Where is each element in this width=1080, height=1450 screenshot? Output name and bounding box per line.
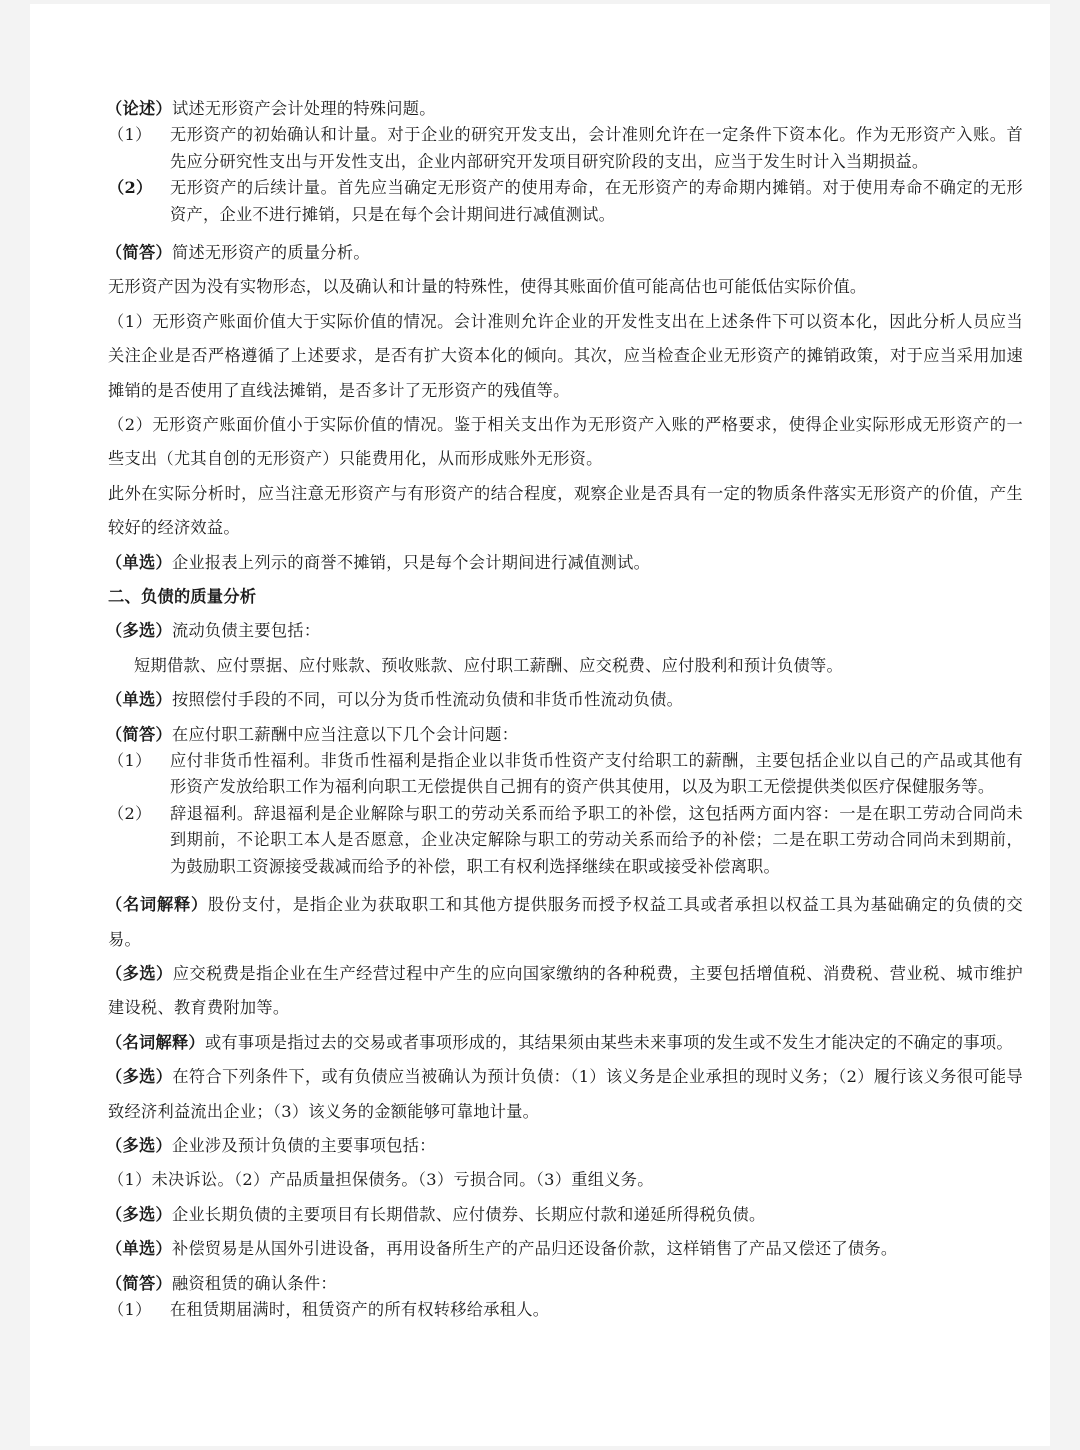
question-short-answer-finance-lease: （简答）融资租赁的确认条件： xyxy=(108,1271,1023,1297)
question-type-tag: （多选） xyxy=(106,1067,172,1086)
question-text: 应交税费是指企业在生产经营过程中产生的应向国家缴纳的各种税费，主要包括增值税、消… xyxy=(108,964,1023,1017)
answer-paragraph: 无形资产因为没有实物形态，以及确认和计量的特殊性，使得其账面价值可能高估也可能低… xyxy=(108,270,1023,304)
list-item: （1） 在租赁期届满时，租赁资产的所有权转移给承租人。 xyxy=(108,1297,1023,1324)
question-multi-choice-provision-recognition: （多选）在符合下列条件下，或有负债应当被确认为预计负债：（1）该义务是企业承担的… xyxy=(108,1060,1023,1129)
list-number: （1） xyxy=(108,748,170,801)
question-type-tag: （简答） xyxy=(106,243,172,262)
answer-paragraph: （2）无形资产账面价值小于实际价值的情况。鉴于相关支出作为无形资产入账的严格要求… xyxy=(108,408,1023,477)
question-term-contingency: （名词解释）或有事项是指过去的交易或者事项形成的，其结果须由某些未来事项的发生或… xyxy=(108,1026,1023,1060)
list-number: （1） xyxy=(108,122,170,175)
answer-paragraph: （1）未决诉讼。（2）产品质量担保债务。（3）亏损合同。（3）重组义务。 xyxy=(108,1163,1023,1197)
question-type-tag: （名词解释） xyxy=(106,1033,205,1052)
list-number: （1） xyxy=(108,1297,170,1324)
numbered-list: （1） 无形资产的初始确认和计量。对于企业的研究开发支出，会计准则允许在一定条件… xyxy=(108,122,1023,228)
question-term-share-based-payment: （名词解释）股份支付，是指企业为获取职工和其他方提供服务而授予权益工具或者承担以… xyxy=(108,888,1023,957)
list-item: （2） 辞退福利。辞退福利是企业解除与职工的劳动关系而给予职工的补偿，这包括两方… xyxy=(108,801,1023,881)
question-type-tag: （简答） xyxy=(106,1274,172,1293)
question-essay-intangible-special-issues: （论述）试述无形资产会计处理的特殊问题。 xyxy=(108,96,1023,122)
question-type-tag: （简答） xyxy=(106,725,172,744)
question-text: 简述无形资产的质量分析。 xyxy=(172,243,370,262)
list-text: 无形资产的初始确认和计量。对于企业的研究开发支出，会计准则允许在一定条件下资本化… xyxy=(170,122,1023,175)
document-page: （论述）试述无形资产会计处理的特殊问题。 （1） 无形资产的初始确认和计量。对于… xyxy=(30,4,1050,1446)
list-item: （2） 无形资产的后续计量。首先应当确定无形资产的使用寿命，在无形资产的寿命期内… xyxy=(108,175,1023,228)
question-single-choice-compensation-trade: （单选）补偿贸易是从国外引进设备，再用设备所生产的产品归还设备价款，这样销售了产… xyxy=(108,1232,1023,1266)
question-short-answer-payroll: （简答）在应付职工薪酬中应当注意以下几个会计问题： xyxy=(108,722,1023,748)
question-text: 融资租赁的确认条件： xyxy=(172,1274,337,1293)
question-text: 补偿贸易是从国外引进设备，再用设备所生产的产品归还设备价款，这样销售了产品又偿还… xyxy=(172,1239,897,1258)
question-text: 或有事项是指过去的交易或者事项形成的，其结果须由某些未来事项的发生或不发生才能决… xyxy=(205,1033,1013,1052)
question-type-tag: （单选） xyxy=(106,553,172,572)
question-text: 企业涉及预计负债的主要事项包括： xyxy=(172,1136,436,1155)
question-text: 流动负债主要包括： xyxy=(172,621,320,640)
list-text: 无形资产的后续计量。首先应当确定无形资产的使用寿命，在无形资产的寿命期内摊销。对… xyxy=(170,175,1023,228)
question-single-choice-goodwill: （单选）企业报表上列示的商誉不摊销，只是每个会计期间进行减值测试。 xyxy=(108,546,1023,580)
list-item: （1） 应付非货币性福利。非货币性福利是指企业以非货币性资产支付给职工的薪酬，主… xyxy=(108,748,1023,801)
question-multi-choice-taxes-payable: （多选）应交税费是指企业在生产经营过程中产生的应向国家缴纳的各种税费，主要包括增… xyxy=(108,957,1023,1026)
question-single-choice-payment-means: （单选）按照偿付手段的不同，可以分为货币性流动负债和非货币性流动负债。 xyxy=(108,683,1023,717)
question-text: 在应付职工薪酬中应当注意以下几个会计问题： xyxy=(172,725,518,744)
question-type-tag: （单选） xyxy=(106,1239,172,1258)
question-text: 企业报表上列示的商誉不摊销，只是每个会计期间进行减值测试。 xyxy=(172,553,650,572)
question-type-tag: （多选） xyxy=(106,1205,172,1224)
numbered-list: （1） 应付非货币性福利。非货币性福利是指企业以非货币性资产支付给职工的薪酬，主… xyxy=(108,748,1023,881)
question-type-tag: （名词解释） xyxy=(106,895,208,914)
question-type-tag: （多选） xyxy=(106,1136,172,1155)
list-text: 辞退福利。辞退福利是企业解除与职工的劳动关系而给予职工的补偿，这包括两方面内容：… xyxy=(170,801,1023,881)
section-heading: 二、负债的质量分析 xyxy=(108,580,1023,614)
list-number: （2） xyxy=(108,801,170,881)
question-text: 按照偿付手段的不同，可以分为货币性流动负债和非货币性流动负债。 xyxy=(172,690,683,709)
question-type-tag: （多选） xyxy=(106,621,172,640)
answer-paragraph: 此外在实际分析时，应当注意无形资产与有形资产的结合程度，观察企业是否具有一定的物… xyxy=(108,477,1023,546)
question-type-tag: （单选） xyxy=(106,690,172,709)
question-multi-choice-provision-items: （多选）企业涉及预计负债的主要事项包括： xyxy=(108,1129,1023,1163)
question-text: 股份支付，是指企业为获取职工和其他方提供服务而授予权益工具或者承担以权益工具为基… xyxy=(108,895,1023,948)
question-type-tag: （多选） xyxy=(106,964,173,983)
question-multi-choice-long-term-liabilities: （多选）企业长期负债的主要项目有长期借款、应付债券、长期应付款和递延所得税负债。 xyxy=(108,1198,1023,1232)
question-text: 试述无形资产会计处理的特殊问题。 xyxy=(172,99,436,118)
question-text: 企业长期负债的主要项目有长期借款、应付债券、长期应付款和递延所得税负债。 xyxy=(172,1205,766,1224)
list-number: （2） xyxy=(108,175,170,228)
answer-indented: 短期借款、应付票据、应付账款、预收账款、应付职工薪酬、应交税费、应付股利和预计负… xyxy=(134,649,1023,683)
answer-paragraph: （1）无形资产账面价值大于实际价值的情况。会计准则允许企业的开发性支出在上述条件… xyxy=(108,305,1023,408)
question-text: 在符合下列条件下，或有负债应当被确认为预计负债：（1）该义务是企业承担的现时义务… xyxy=(108,1067,1023,1120)
list-text: 应付非货币性福利。非货币性福利是指企业以非货币性资产支付给职工的薪酬，主要包括企… xyxy=(170,748,1023,801)
list-item: （1） 无形资产的初始确认和计量。对于企业的研究开发支出，会计准则允许在一定条件… xyxy=(108,122,1023,175)
numbered-list: （1） 在租赁期届满时，租赁资产的所有权转移给承租人。 xyxy=(108,1297,1023,1324)
question-type-tag: （论述） xyxy=(106,99,172,118)
question-multi-choice-current-liabilities: （多选）流动负债主要包括： xyxy=(108,614,1023,648)
list-text: 在租赁期届满时，租赁资产的所有权转移给承租人。 xyxy=(170,1297,1023,1324)
document-content: （论述）试述无形资产会计处理的特殊问题。 （1） 无形资产的初始确认和计量。对于… xyxy=(108,96,1023,1323)
question-short-answer-intangible-quality: （简答）简述无形资产的质量分析。 xyxy=(108,236,1023,270)
